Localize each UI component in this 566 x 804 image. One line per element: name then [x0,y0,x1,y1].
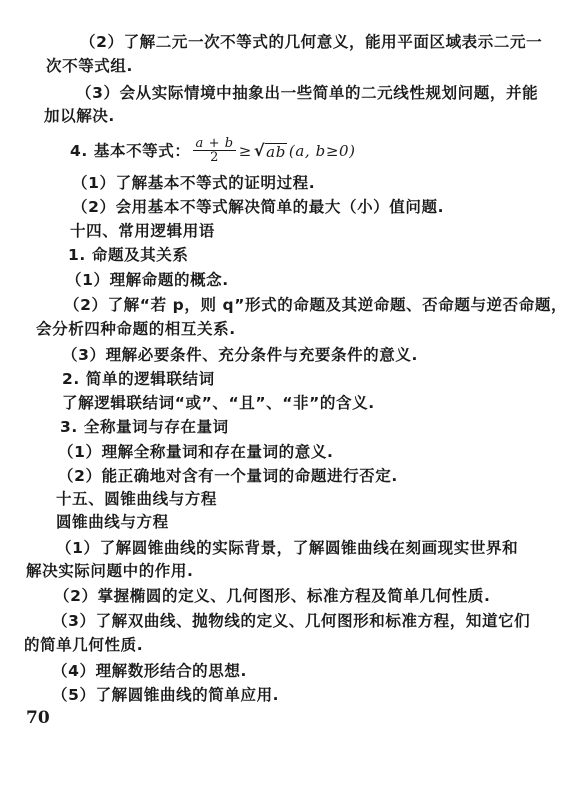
relation-symbol: ≥ [239,141,252,161]
text-line: （2）了解二元一次不等式的几何意义，能用平面区域表示二元一 [80,32,542,52]
text-line: （1）了解基本不等式的证明过程. [72,173,315,193]
text-line: 次不等式组. [46,56,133,76]
subsection-heading: 1. 命题及其关系 [68,245,188,265]
text-line: （3）了解双曲线、抛物线的定义、几何图形和标准方程，知道它们 [52,611,530,631]
formula-line: 4. 基本不等式： a + b 2 ≥ √ ab (a, b≥0) [70,137,356,167]
fraction-denominator: 2 [210,151,219,164]
text-line: 的简单几何性质. [24,635,143,655]
fraction-numerator: a + b [193,137,235,151]
subsection-heading: 圆锥曲线与方程 [56,512,169,532]
fraction: a + b 2 [193,137,235,164]
text-line: （2）会用基本不等式解决简单的最大（小）值问题. [72,197,444,217]
text-line: （3）会从实际情境中抽象出一些简单的二元线性规划问题，并能 [76,83,538,103]
text-line: （2）了解“若 p，则 q”形式的命题及其逆命题、否命题与逆否命题， [64,295,566,315]
text-line: （1）理解全称量词和存在量词的意义. [58,442,333,462]
text-line: 加以解决. [44,106,115,126]
section-heading: 十五、圆锥曲线与方程 [56,489,217,509]
basic-inequality-formula: 4. 基本不等式： a + b 2 ≥ √ ab (a, b≥0) [70,137,356,164]
text-line: （5）了解圆锥曲线的简单应用. [52,685,279,705]
text-line: （1）了解圆锥曲线的实际背景，了解圆锥曲线在刻画现实世界和 [56,538,518,558]
text-line: （2）掌握椭圆的定义、几何图形、标准方程及简单几何性质. [54,586,490,606]
formula-condition: (a, b≥0) [289,141,356,161]
page-number: 70 [26,708,50,728]
document-page: （2）了解二元一次不等式的几何意义，能用平面区域表示二元一 次不等式组. （3）… [0,0,566,804]
text-line: （3）理解必要条件、充分条件与充要条件的意义. [62,345,418,365]
subsection-heading: 2. 简单的逻辑联结词 [62,369,215,389]
text-line: 了解逻辑联结词“或”、“且”、“非”的含义. [62,393,375,413]
text-line: （1）理解命题的概念. [66,270,229,290]
text-line: （2）能正确地对含有一个量词的命题进行否定. [58,466,398,486]
radical-icon: √ [254,141,265,161]
text-line: （4）理解数形结合的思想. [52,661,247,681]
text-line: 解决实际问题中的作用. [26,561,194,581]
subsection-heading: 3. 全称量词与存在量词 [60,417,229,437]
square-root: √ ab [254,141,287,161]
radicand: ab [265,143,287,161]
formula-prefix: 4. 基本不等式： [70,141,190,161]
section-heading: 十四、常用逻辑用语 [70,221,215,241]
text-line: 会分析四种命题的相互关系. [36,319,236,339]
